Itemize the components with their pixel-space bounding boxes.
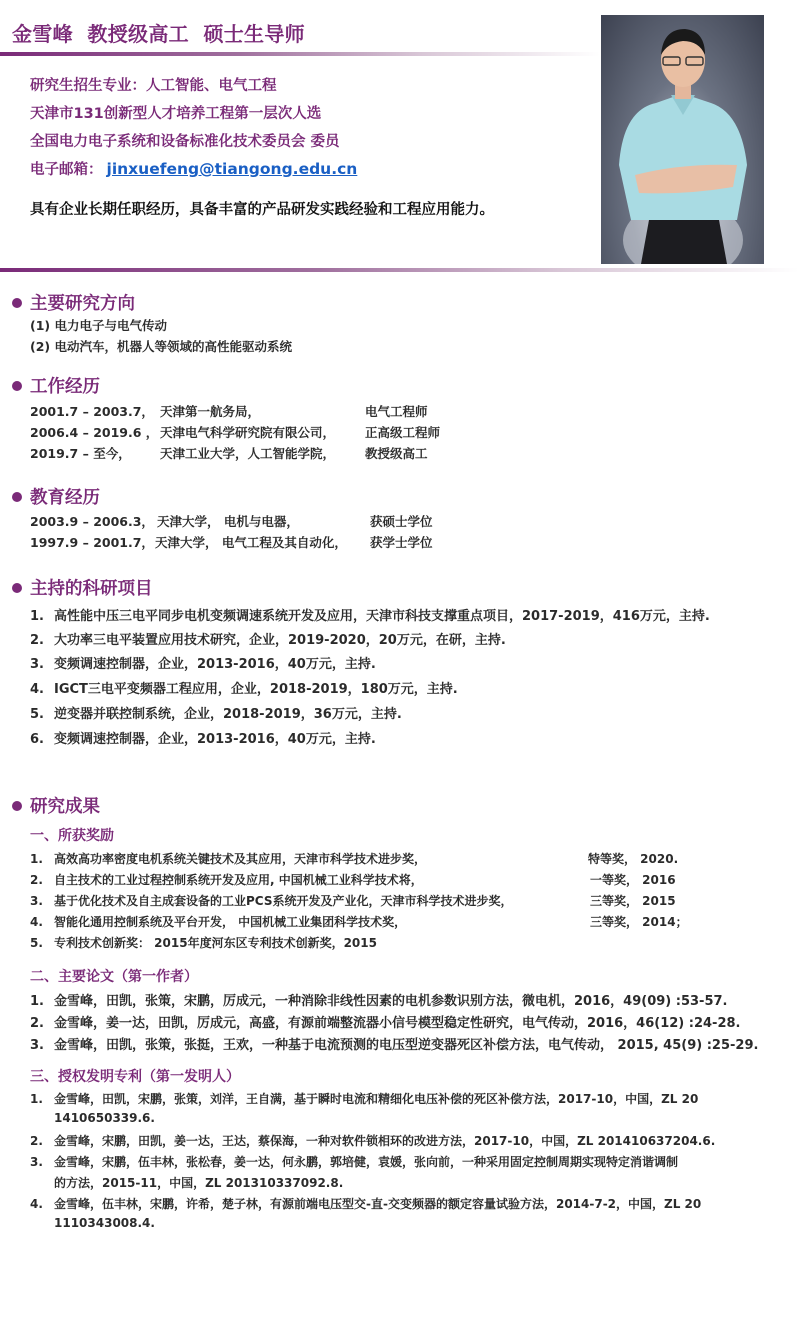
section-title: 工作经历 xyxy=(30,373,100,398)
section-title: 教育经历 xyxy=(30,484,100,509)
section-title: 主持的科研项目 xyxy=(30,575,153,600)
patent-item: 1.金雪峰，田凯，宋鹏，张策，刘洋，王自满，基于瞬时电流和精细化电压补偿的死区补… xyxy=(30,1090,698,1107)
project-item: 2.大功率三电平装置应用技术研究，企业，2019-2020，20万元，在研，主持… xyxy=(30,629,506,648)
bullet-icon xyxy=(12,492,22,502)
project-item: 1.高性能中压三电平同步电机变频调速系统开发及应用，天津市科技支撑重点项目，20… xyxy=(30,605,710,624)
award-item: 5.专利技术创新奖： 2015年度河东区专利技术创新奖，2015 xyxy=(30,934,377,951)
edu-org: 天津大学， 电气工程及其自动化， xyxy=(155,533,347,551)
work-org: 天津电气科学研究院有限公司， xyxy=(160,423,335,441)
bullet-icon xyxy=(12,381,22,391)
person-photo-icon xyxy=(601,15,764,264)
award-level: 一等奖， 2016 xyxy=(590,871,676,888)
award-level: 三等奖， 2014； xyxy=(590,913,688,930)
awards-list: 1.高效高功率密度电机系统关键技术及其应用，天津市科学技术进步奖， 特等奖， 2… xyxy=(0,850,799,950)
project-item: 6.变频调速控制器，企业，2013-2016，40万元，主持. xyxy=(30,728,376,747)
summary-text: 具有企业长期任职经历，具备丰富的产品研发实践经验和工程应用能力。 xyxy=(30,198,494,219)
project-item: 4.IGCT三电平变频器工程应用，企业，2018-2019，180万元，主持. xyxy=(30,678,458,697)
work-org: 天津第一航务局， xyxy=(160,402,260,420)
project-item: 3.变频调速控制器，企业，2013-2016，40万元，主持. xyxy=(30,653,376,672)
work-period: 2019.7 – 至今， xyxy=(30,444,131,462)
work-period: 2006.4 – 2019.6 ， xyxy=(30,423,158,441)
edu-period: 1997.9 – 2001.7， xyxy=(30,533,154,551)
work-table: 2001.7 – 2003.7， 天津第一航务局， 电气工程师 2006.4 –… xyxy=(0,400,799,470)
papers-heading: 二、主要论文（第一作者） xyxy=(30,966,198,986)
bullet-icon xyxy=(12,583,22,593)
section-results: 研究成果 xyxy=(10,793,100,818)
patent-item-cont: 1110343008.4. xyxy=(54,1216,155,1230)
patent-item: 3.金雪峰，宋鹏，伍丰林，张松春，姜一达，何永鹏，郭培健，袁媛，张向前，一种采用… xyxy=(30,1153,678,1170)
work-org: 天津工业大学，人工智能学院， xyxy=(160,444,335,462)
edu-degree: 获硕士学位 xyxy=(370,512,433,530)
edu-org: 天津大学， 电机与电器， xyxy=(157,512,299,530)
info-line-talent: 天津市131创新型人才培养工程第一层次人选 xyxy=(30,102,321,123)
awards-heading: 一、所获奖励 xyxy=(30,825,114,845)
work-title: 教授级高工 xyxy=(365,444,428,462)
paper-item: 2.金雪峰，姜一达，田凯，厉成元，高盛，有源前端整流器小信号模型稳定性研究，电气… xyxy=(30,1012,741,1031)
section-title: 研究成果 xyxy=(30,793,100,818)
page-title: 金雪峰 教授级高工 硕士生导师 xyxy=(12,18,305,47)
award-level: 三等奖， 2015 xyxy=(590,892,676,909)
email-row: 电子邮箱：jinxuefeng@tiangong.edu.cn xyxy=(30,158,357,179)
award-item: 2.自主技术的工业过程控制系统开发及应用, 中国机械工业科学技术将， xyxy=(30,871,423,888)
section-education: 教育经历 xyxy=(10,484,100,509)
award-item: 1.高效高功率密度电机系统关键技术及其应用，天津市科学技术进步奖， xyxy=(30,850,426,867)
patents-heading: 三、授权发明专利（第一发明人） xyxy=(30,1066,240,1086)
header-divider xyxy=(0,268,799,272)
title-divider xyxy=(0,52,600,56)
research-item: (1) 电力电子与电气传动 xyxy=(30,316,167,334)
patent-item-cont: 1410650339.6. xyxy=(54,1111,155,1125)
work-title: 电气工程师 xyxy=(365,402,428,420)
paper-item: 3.金雪峰，田凯，张策，张挺，王欢，一种基于电流预测的电压型逆变器死区补偿方法，… xyxy=(30,1034,758,1053)
project-item: 5.逆变器并联控制系统，企业，2018-2019，36万元，主持. xyxy=(30,703,402,722)
bullet-icon xyxy=(12,801,22,811)
patent-item-cont: 的方法，2015-11，中国，ZL 201310337092.8. xyxy=(54,1174,343,1191)
patent-item: 2.金雪峰，宋鹏，田凯，姜一达，王达，蔡保海，一种对软件锁相环的改进方法，201… xyxy=(30,1132,715,1149)
info-line-major: 研究生招生专业：人工智能、电气工程 xyxy=(30,74,277,95)
info-line-committee: 全国电力电子系统和设备标准化技术委员会 委员 xyxy=(30,130,340,151)
award-item: 3.基于优化技术及自主成套设备的工业PCS系统开发及产业化，天津市科学技术进步奖… xyxy=(30,892,512,909)
bullet-icon xyxy=(12,298,22,308)
edu-degree: 获学士学位 xyxy=(370,533,433,551)
award-level: 特等奖， 2020. xyxy=(588,850,678,867)
award-item: 4.智能化通用控制系统及平台开发， 中国机械工业集团科学技术奖， xyxy=(30,913,406,930)
work-title: 正高级工程师 xyxy=(365,423,440,441)
email-label: 电子邮箱： xyxy=(30,162,103,178)
section-title: 主要研究方向 xyxy=(30,290,135,315)
email-link[interactable]: jinxuefeng@tiangong.edu.cn xyxy=(107,160,358,178)
portrait-photo xyxy=(601,15,764,264)
research-item: (2) 电动汽车，机器人等领域的高性能驱动系统 xyxy=(30,337,292,355)
patent-item: 4.金雪峰，伍丰林，宋鹏，许希，楚子林，有源前端电压型交-直-交变频器的额定容量… xyxy=(30,1195,701,1212)
work-period: 2001.7 – 2003.7， xyxy=(30,402,154,420)
section-research: 主要研究方向 xyxy=(10,290,135,315)
patents-list: 1.金雪峰，田凯，宋鹏，张策，刘洋，王自满，基于瞬时电流和精细化电压补偿的死区补… xyxy=(0,1090,799,1230)
paper-item: 1.金雪峰，田凯，张策，宋鹏，厉成元，一种消除非线性因素的电机参数识别方法，微电… xyxy=(30,990,728,1009)
section-work: 工作经历 xyxy=(10,373,100,398)
section-projects: 主持的科研项目 xyxy=(10,575,153,600)
edu-period: 2003.9 – 2006.3， xyxy=(30,512,154,530)
education-table: 2003.9 – 2006.3， 天津大学， 电机与电器， 获硕士学位 1997… xyxy=(0,510,799,556)
